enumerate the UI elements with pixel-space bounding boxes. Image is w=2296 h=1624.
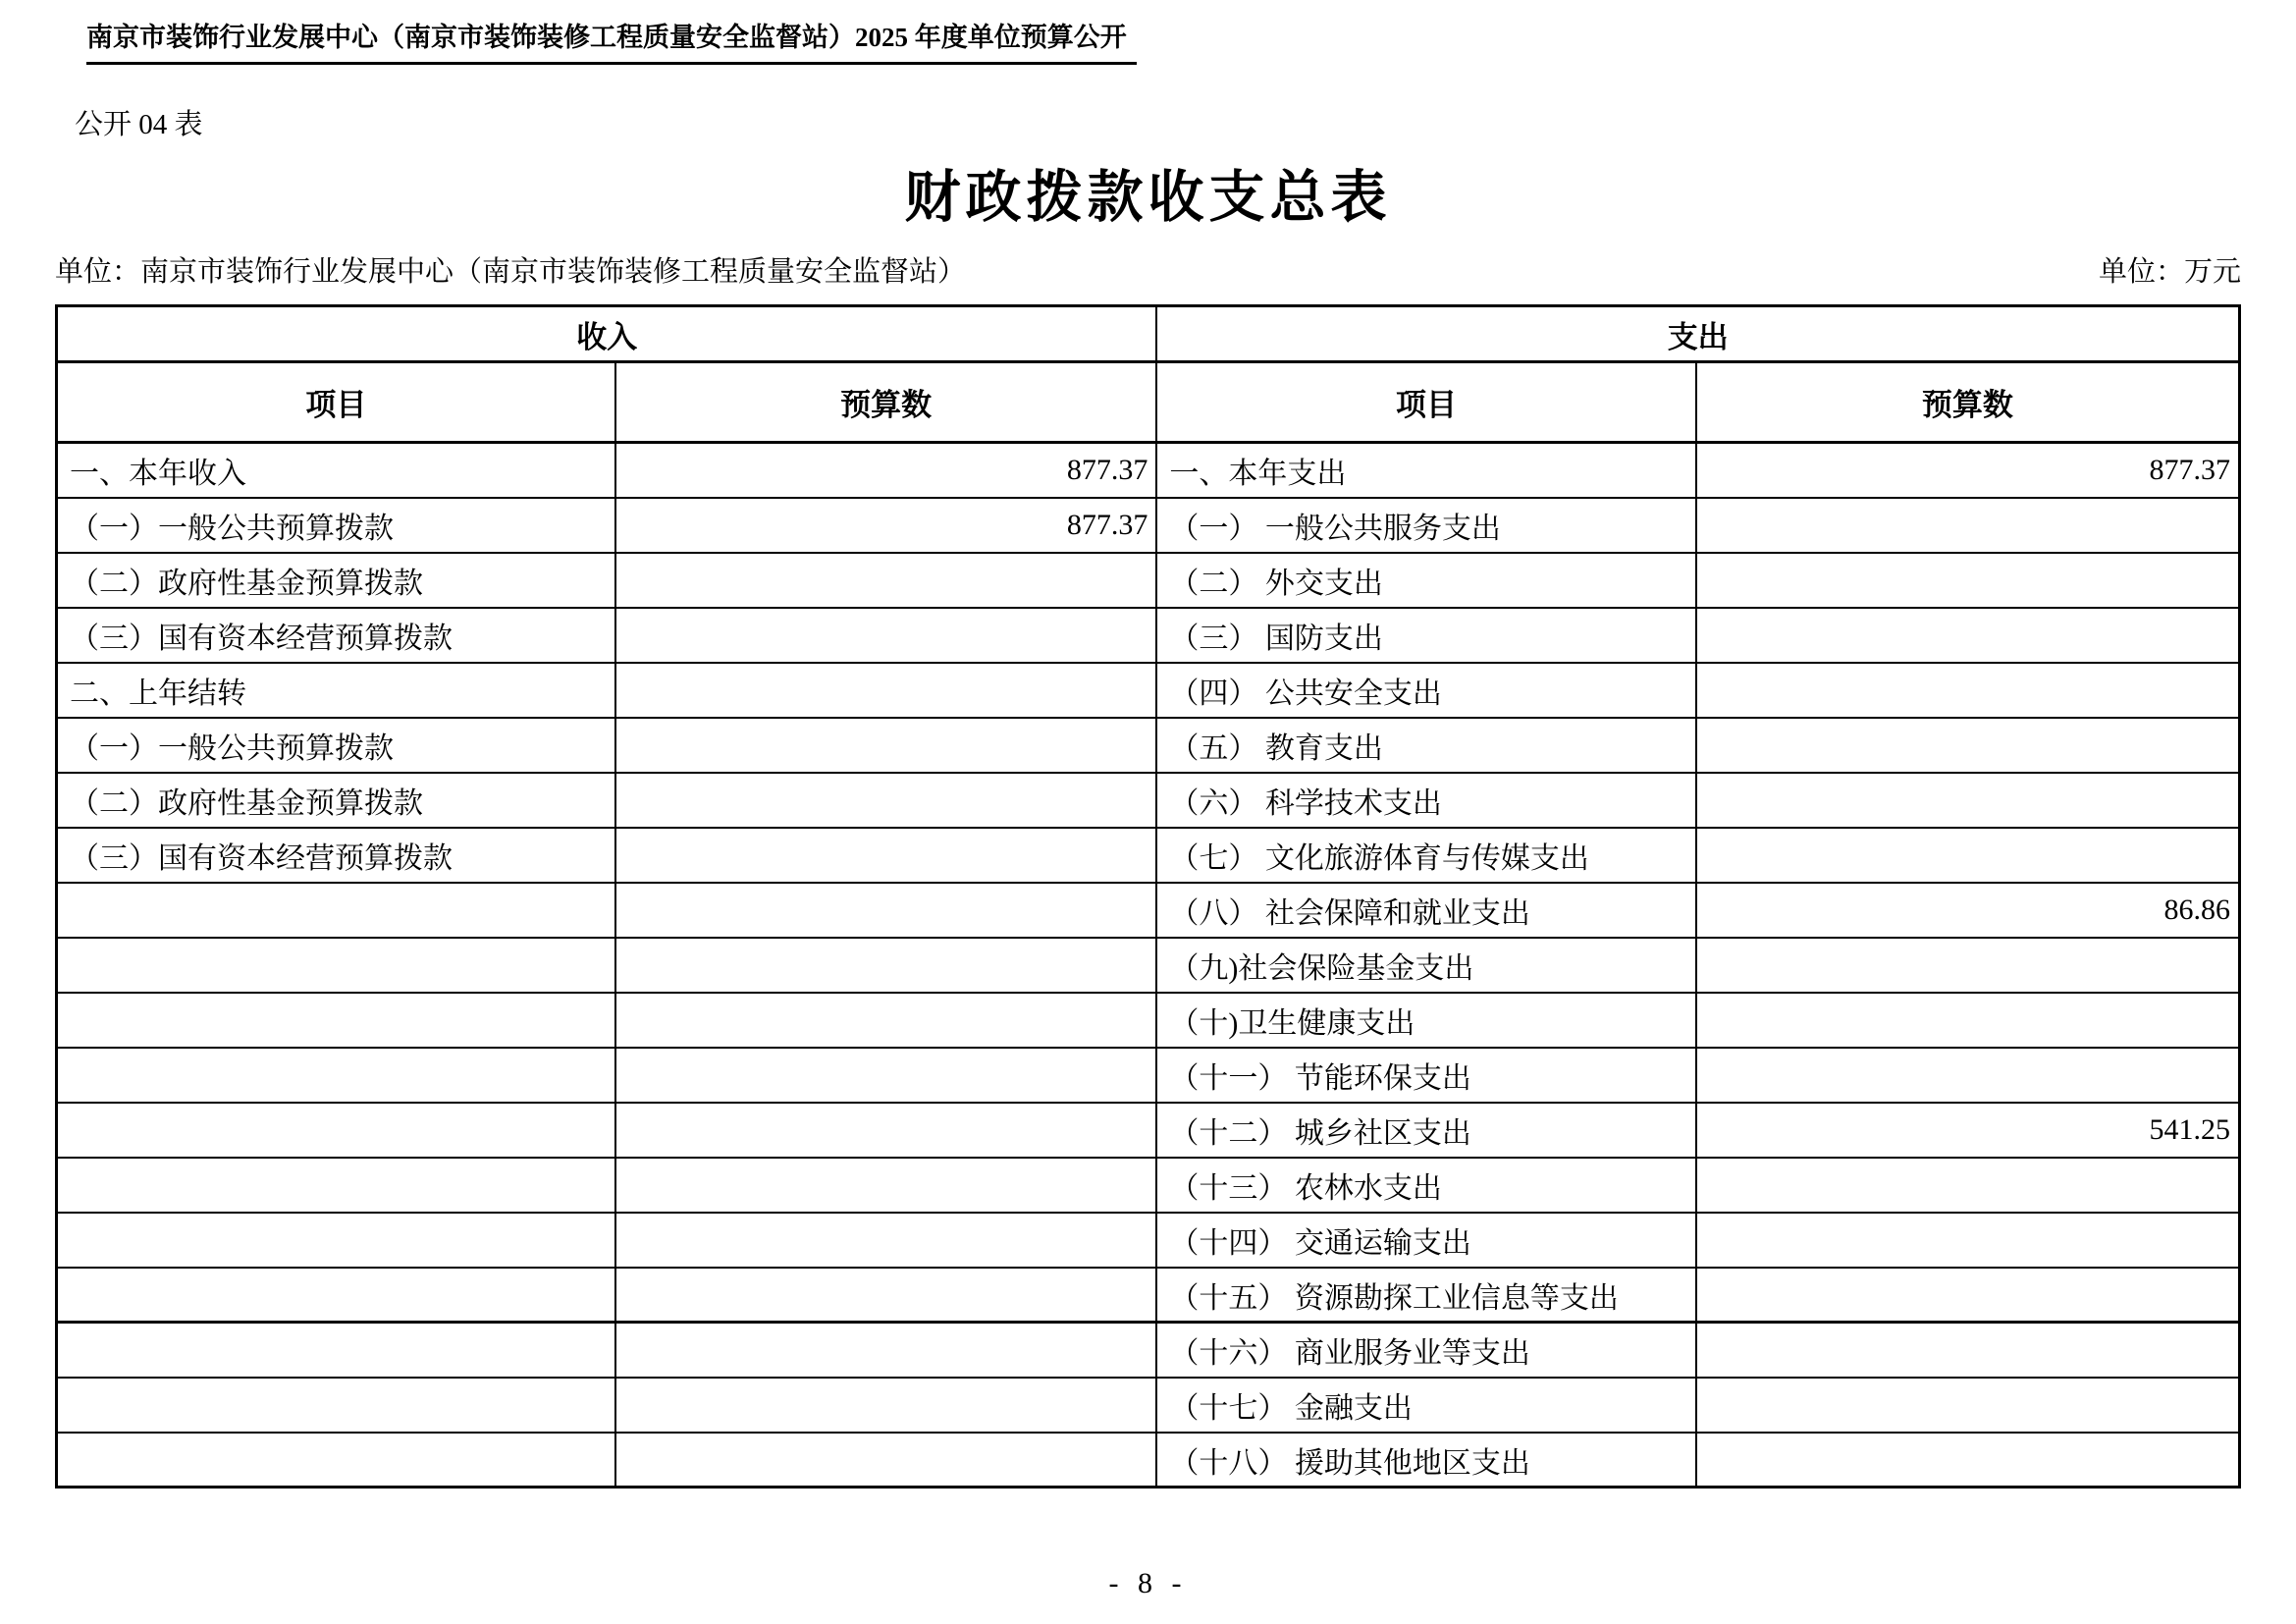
income-value-cell [615, 1323, 1157, 1378]
expense-value-cell [1696, 773, 2240, 828]
expense-value-cell [1696, 553, 2240, 608]
income-item-cell: （二）政府性基金预算拨款 [57, 553, 615, 608]
expense-item-cell: （九)社会保险基金支出 [1156, 938, 1695, 993]
expense-item-cell: （二） 外交支出 [1156, 553, 1695, 608]
income-value-cell [615, 938, 1157, 993]
income-item-cell [57, 1213, 615, 1268]
table-row: （八） 社会保障和就业支出86.86 [57, 883, 2240, 938]
table-row: （十五） 资源勘探工业信息等支出 [57, 1268, 2240, 1323]
table-row: （十七） 金融支出 [57, 1378, 2240, 1433]
table-row: （二）政府性基金预算拨款（二） 外交支出 [57, 553, 2240, 608]
expense-budget-column-header: 预算数 [1696, 362, 2240, 443]
table-row: （十八） 援助其他地区支出 [57, 1433, 2240, 1488]
expense-item-cell: （三） 国防支出 [1156, 608, 1695, 663]
section-header-row: 收入 支出 [57, 306, 2240, 362]
income-item-cell [57, 1323, 615, 1378]
expense-item-cell: （六） 科学技术支出 [1156, 773, 1695, 828]
expense-item-cell: （八） 社会保障和就业支出 [1156, 883, 1695, 938]
income-item-cell [57, 1158, 615, 1213]
expense-item-cell: （十七） 金融支出 [1156, 1378, 1695, 1433]
expense-value-cell [1696, 498, 2240, 553]
income-item-cell: （一）一般公共预算拨款 [57, 498, 615, 553]
table-row: （一）一般公共预算拨款（五） 教育支出 [57, 718, 2240, 773]
income-value-cell [615, 1378, 1157, 1433]
expense-item-cell: （十五） 资源勘探工业信息等支出 [1156, 1268, 1695, 1323]
expense-item-cell: （七） 文化旅游体育与传媒支出 [1156, 828, 1695, 883]
column-header-row: 项目 预算数 项目 预算数 [57, 362, 2240, 443]
income-value-cell [615, 883, 1157, 938]
income-value-cell [615, 608, 1157, 663]
expense-item-cell: （十三） 农林水支出 [1156, 1158, 1695, 1213]
table-row: （三）国有资本经营预算拨款（七） 文化旅游体育与传媒支出 [57, 828, 2240, 883]
expense-value-cell [1696, 1213, 2240, 1268]
expense-value-cell: 877.37 [1696, 443, 2240, 498]
income-section-header: 收入 [57, 306, 1157, 362]
income-value-cell [615, 773, 1157, 828]
table-body: 一、本年收入877.37一、本年支出877.37（一）一般公共预算拨款877.3… [57, 443, 2240, 1488]
form-number-label: 公开 04 表 [55, 108, 2241, 142]
table-row: （一）一般公共预算拨款877.37（一） 一般公共服务支出 [57, 498, 2240, 553]
expense-value-cell [1696, 1378, 2240, 1433]
expense-item-cell: （十六） 商业服务业等支出 [1156, 1323, 1695, 1378]
table-row: 一、本年收入877.37一、本年支出877.37 [57, 443, 2240, 498]
page-title: 财政拨款收支总表 [55, 168, 2241, 230]
document-page: 南京市装饰行业发展中心（南京市装饰装修工程质量安全监督站）2025 年度单位预算… [0, 0, 2296, 1600]
income-value-cell [615, 1048, 1157, 1103]
expense-value-cell [1696, 1048, 2240, 1103]
expense-value-cell: 86.86 [1696, 883, 2240, 938]
page-number: - 8 - [55, 1567, 2241, 1600]
unit-name-label: 单位：南京市装饰行业发展中心（南京市装饰装修工程质量安全监督站） [55, 254, 966, 290]
income-value-cell [615, 663, 1157, 718]
expense-item-cell: （十八） 援助其他地区支出 [1156, 1433, 1695, 1488]
document-header: 南京市装饰行业发展中心（南京市装饰装修工程质量安全监督站）2025 年度单位预算… [55, 18, 2241, 65]
expense-item-cell: （五） 教育支出 [1156, 718, 1695, 773]
unit-row: 单位：南京市装饰行业发展中心（南京市装饰装修工程质量安全监督站） 单位：万元 [55, 254, 2241, 290]
income-value-cell [615, 1433, 1157, 1488]
income-value-cell [615, 1268, 1157, 1323]
income-item-cell [57, 1268, 615, 1323]
income-item-cell [57, 1103, 615, 1158]
table-row: （二）政府性基金预算拨款（六） 科学技术支出 [57, 773, 2240, 828]
income-value-cell [615, 1103, 1157, 1158]
table-row: （十四） 交通运输支出 [57, 1213, 2240, 1268]
expense-value-cell [1696, 608, 2240, 663]
expense-value-cell [1696, 828, 2240, 883]
expense-value-cell [1696, 993, 2240, 1048]
expense-value-cell [1696, 663, 2240, 718]
expense-item-column-header: 项目 [1156, 362, 1695, 443]
income-item-cell: （三）国有资本经营预算拨款 [57, 608, 615, 663]
income-value-cell [615, 993, 1157, 1048]
expense-item-cell: （十四） 交通运输支出 [1156, 1213, 1695, 1268]
table-row: （十一） 节能环保支出 [57, 1048, 2240, 1103]
expense-item-cell: （四） 公共安全支出 [1156, 663, 1695, 718]
table-row: （九)社会保险基金支出 [57, 938, 2240, 993]
expense-value-cell [1696, 938, 2240, 993]
income-item-cell [57, 1048, 615, 1103]
expense-item-cell: （十一） 节能环保支出 [1156, 1048, 1695, 1103]
table-row: （十六） 商业服务业等支出 [57, 1323, 2240, 1378]
income-value-cell [615, 553, 1157, 608]
expense-item-cell: （一） 一般公共服务支出 [1156, 498, 1695, 553]
table-row: （三）国有资本经营预算拨款（三） 国防支出 [57, 608, 2240, 663]
income-item-column-header: 项目 [57, 362, 615, 443]
table-row: 二、上年结转（四） 公共安全支出 [57, 663, 2240, 718]
income-item-cell [57, 993, 615, 1048]
unit-currency-label: 单位：万元 [2099, 254, 2241, 290]
income-item-cell: 二、上年结转 [57, 663, 615, 718]
income-item-cell: （二）政府性基金预算拨款 [57, 773, 615, 828]
income-value-cell [615, 1158, 1157, 1213]
income-value-cell: 877.37 [615, 498, 1157, 553]
expense-section-header: 支出 [1156, 306, 2239, 362]
document-header-title: 南京市装饰行业发展中心（南京市装饰装修工程质量安全监督站）2025 年度单位预算… [86, 22, 1137, 65]
expense-value-cell [1696, 1323, 2240, 1378]
expense-item-cell: （十)卫生健康支出 [1156, 993, 1695, 1048]
expense-item-cell: （十二） 城乡社区支出 [1156, 1103, 1695, 1158]
expense-item-cell: 一、本年支出 [1156, 443, 1695, 498]
table-row: （十二） 城乡社区支出541.25 [57, 1103, 2240, 1158]
expense-value-cell [1696, 1158, 2240, 1213]
income-value-cell [615, 1213, 1157, 1268]
table-row: （十)卫生健康支出 [57, 993, 2240, 1048]
table-row: （十三） 农林水支出 [57, 1158, 2240, 1213]
expense-value-cell: 541.25 [1696, 1103, 2240, 1158]
income-item-cell: 一、本年收入 [57, 443, 615, 498]
income-item-cell [57, 883, 615, 938]
income-item-cell [57, 1378, 615, 1433]
expense-value-cell [1696, 718, 2240, 773]
income-value-cell [615, 828, 1157, 883]
income-value-cell: 877.37 [615, 443, 1157, 498]
income-item-cell [57, 938, 615, 993]
expense-value-cell [1696, 1433, 2240, 1488]
income-budget-column-header: 预算数 [615, 362, 1157, 443]
expense-value-cell [1696, 1268, 2240, 1323]
income-item-cell [57, 1433, 615, 1488]
budget-table: 收入 支出 项目 预算数 项目 预算数 一、本年收入877.37一、本年支出87… [55, 304, 2241, 1489]
income-value-cell [615, 718, 1157, 773]
income-item-cell: （一）一般公共预算拨款 [57, 718, 615, 773]
income-item-cell: （三）国有资本经营预算拨款 [57, 828, 615, 883]
